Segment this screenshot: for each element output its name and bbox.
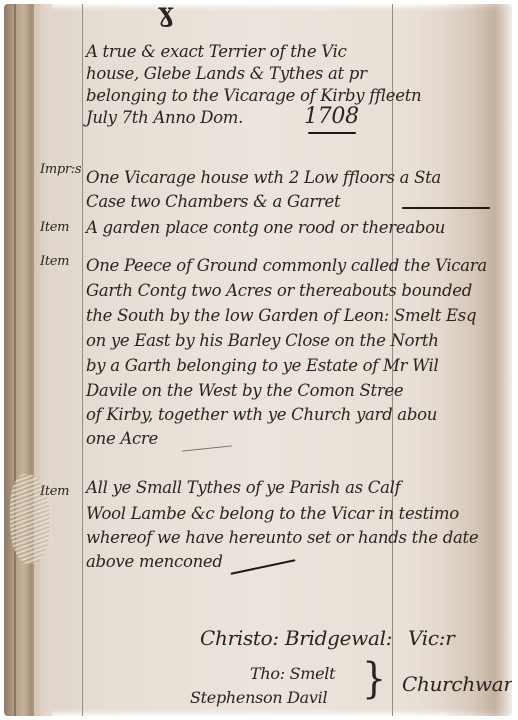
damaged-right-edge xyxy=(442,4,512,716)
entry-3-line-4: on ye East by his Barley Close on the No… xyxy=(86,331,439,350)
entry-3-line-8: one Acre xyxy=(86,429,158,448)
vicar-title: Vic:r xyxy=(408,626,455,650)
year-underline xyxy=(308,132,356,134)
entry-3-line-6: Davile on the West by the Comon Stree xyxy=(86,381,403,400)
entry-4-line-2: Wool Lambe &c belong to the Vicar in tes… xyxy=(86,504,459,523)
churchwardens-title: Churchwar xyxy=(402,672,512,696)
churchwarden-signature-1: Tho: Smelt xyxy=(250,664,335,683)
line-filler-stroke xyxy=(231,559,296,575)
churchwarden-signature-2: Stephenson Davil xyxy=(190,688,327,707)
heading-line-1: A true & exact Terrier of the Vic xyxy=(86,42,347,61)
churchwardens-brace: } xyxy=(362,654,386,702)
entry-1-line-1: One Vicarage house wth 2 Low ffloors a S… xyxy=(86,168,441,187)
torn-inner-margin xyxy=(34,4,52,716)
entry-4-line-1: All ye Small Tythes of ye Parish as Calf xyxy=(86,478,400,497)
entry-3-line-3: the South by the low Garden of Leon: Sme… xyxy=(86,306,476,325)
entry-marker-item-3: Item xyxy=(40,254,69,269)
line-filler-stroke xyxy=(402,207,490,209)
line-filler-stroke xyxy=(182,445,232,451)
heading-line-2: house, Glebe Lands & Tythes at pr xyxy=(86,64,367,83)
vicar-signature: Christo: Bridgewal: xyxy=(200,626,392,650)
entry-3-line-5: by a Garth belonging to ye Estate of Mr … xyxy=(86,356,438,375)
entry-marker-impr: Impr:s xyxy=(40,162,81,177)
manuscript-page: ɣ A true & exact Terrier of the Vic hous… xyxy=(4,4,512,716)
entry-2-line-1: A garden place contg one rood or thereab… xyxy=(86,218,445,237)
heading-line-4: July 7th Anno Dom. xyxy=(86,108,243,127)
entry-3-line-7: of Kirby, together wth ye Church yard ab… xyxy=(86,405,437,424)
heading-line-3: belonging to the Vicarage of Kirby fflee… xyxy=(86,86,421,105)
entry-3-line-1: One Peece of Ground commonly called the … xyxy=(86,256,487,275)
entry-marker-item-4: Item xyxy=(40,484,69,499)
entry-3-line-2: Garth Contg two Acres or thereabouts bou… xyxy=(86,281,472,300)
left-margin-rule xyxy=(82,4,83,716)
entry-4-line-3: whereof we have hereunto set or hands th… xyxy=(86,528,478,547)
entry-4-line-4: above menconed xyxy=(86,552,223,571)
entry-marker-item-2: Item xyxy=(40,220,69,235)
entry-1-line-2: Case two Chambers & a Garret xyxy=(86,192,340,211)
top-flourish-mark: ɣ xyxy=(158,4,173,28)
heading-year: 1708 xyxy=(304,104,359,129)
